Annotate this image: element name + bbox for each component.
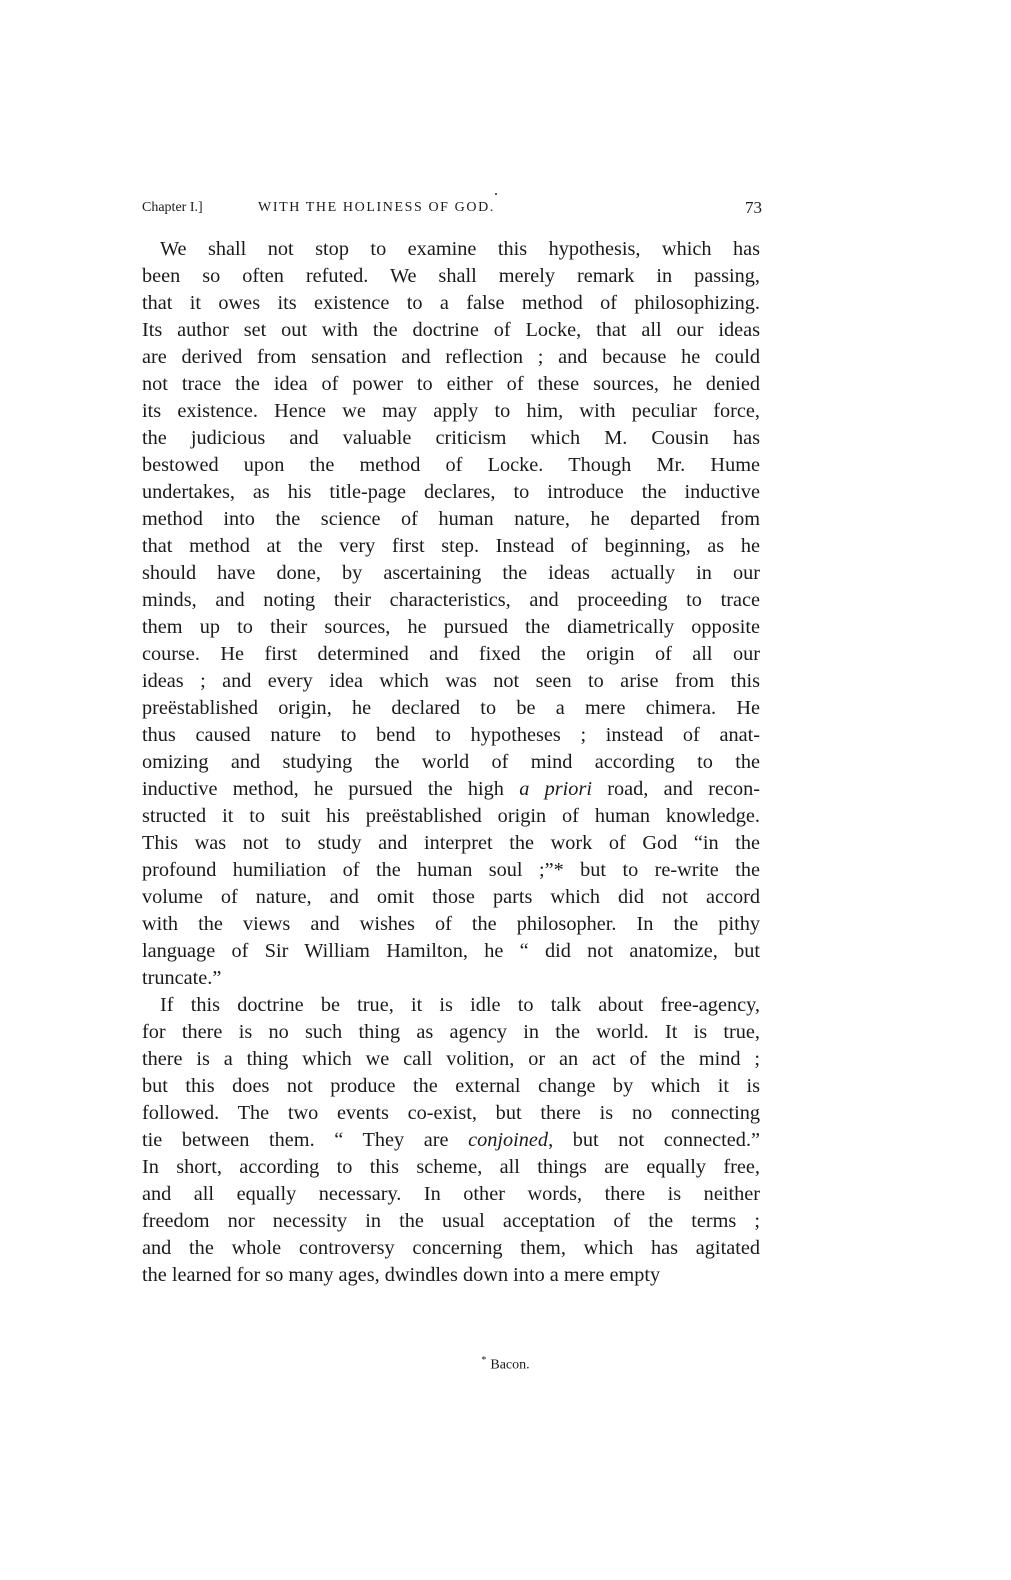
text-line: its existence. Hence we may apply to him… <box>142 398 760 425</box>
text-line: the learned for so many ages, dwindles d… <box>142 1262 760 1289</box>
italic-text-run: conjoined <box>468 1129 548 1151</box>
text-run: inductive method, he pursued the high <box>142 778 519 800</box>
text-line: inductive method, he pursued the high a … <box>142 776 760 803</box>
paragraph: We shall not stop to examine this hypoth… <box>142 236 760 992</box>
text-line: been so often refuted. We shall merely r… <box>142 263 760 290</box>
book-page: Chapter I.] WITH THE HOLINESS OF GOD. 73… <box>0 0 1011 1580</box>
text-line: minds, and noting their characteristics,… <box>142 587 760 614</box>
footnote: *Bacon. <box>0 1355 1011 1374</box>
text-line: there is a thing which we call volition,… <box>142 1046 760 1073</box>
text-line: them up to their sources, he pursued the… <box>142 614 760 641</box>
text-line: Its author set out with the doctrine of … <box>142 317 760 344</box>
text-line: the judicious and valuable criticism whi… <box>142 425 760 452</box>
text-line: bestowed upon the method of Locke. Thoug… <box>142 452 760 479</box>
text-line: structed it to suit his preëstablished o… <box>142 803 760 830</box>
text-line: undertakes, as his title-page declares, … <box>142 479 760 506</box>
footnote-mark: * <box>481 1355 486 1366</box>
text-line: This was not to study and interpret the … <box>142 830 760 857</box>
text-line: truncate.” <box>142 965 760 992</box>
text-line: but this does not produce the external c… <box>142 1073 760 1100</box>
text-run: road, and recon- <box>592 778 760 800</box>
text-line: course. He first determined and fixed th… <box>142 641 760 668</box>
text-line: method into the science of human nature,… <box>142 506 760 533</box>
chapter-label: Chapter I.] <box>142 200 203 216</box>
page-number: 73 <box>745 198 762 218</box>
text-line: If this doctrine be true, it is idle to … <box>142 992 760 1019</box>
text-line: ideas ; and every idea which was not see… <box>142 668 760 695</box>
text-line: with the views and wishes of the philoso… <box>142 911 760 938</box>
text-line: omizing and studying the world of mind a… <box>142 749 760 776</box>
italic-text-run: a priori <box>519 778 592 800</box>
text-run: tie between them. “ They are <box>142 1129 468 1151</box>
running-header: Chapter I.] WITH THE HOLINESS OF GOD. 73 <box>142 198 762 220</box>
text-run: , but not connected.” <box>548 1129 760 1151</box>
text-line: tie between them. “ They are conjoined, … <box>142 1127 760 1154</box>
text-line: and the whole controversy concerning the… <box>142 1235 760 1262</box>
footnote-text: Bacon. <box>490 1358 529 1373</box>
text-line: In short, according to this scheme, all … <box>142 1154 760 1181</box>
text-line: should have done, by ascertaining the id… <box>142 560 760 587</box>
text-line: profound humiliation of the human soul ;… <box>142 857 760 884</box>
paragraph: If this doctrine be true, it is idle to … <box>142 992 760 1289</box>
text-line: are derived from sensation and reflectio… <box>142 344 760 371</box>
print-speck <box>495 193 497 195</box>
text-line: freedom nor necessity in the usual accep… <box>142 1208 760 1235</box>
text-line: thus caused nature to bend to hypotheses… <box>142 722 760 749</box>
text-line: and all equally necessary. In other word… <box>142 1181 760 1208</box>
text-line: preëstablished origin, he declared to be… <box>142 695 760 722</box>
text-line: that method at the very first step. Inst… <box>142 533 760 560</box>
text-line: for there is no such thing as agency in … <box>142 1019 760 1046</box>
text-line: language of Sir William Hamilton, he “ d… <box>142 938 760 965</box>
running-title: WITH THE HOLINESS OF GOD. <box>258 200 495 216</box>
text-line: We shall not stop to examine this hypoth… <box>142 236 760 263</box>
text-line: not trace the idea of power to either of… <box>142 371 760 398</box>
text-line: followed. The two events co-exist, but t… <box>142 1100 760 1127</box>
text-line: that it owes its existence to a false me… <box>142 290 760 317</box>
page-body: We shall not stop to examine this hypoth… <box>142 236 760 1289</box>
text-line: volume of nature, and omit those parts w… <box>142 884 760 911</box>
